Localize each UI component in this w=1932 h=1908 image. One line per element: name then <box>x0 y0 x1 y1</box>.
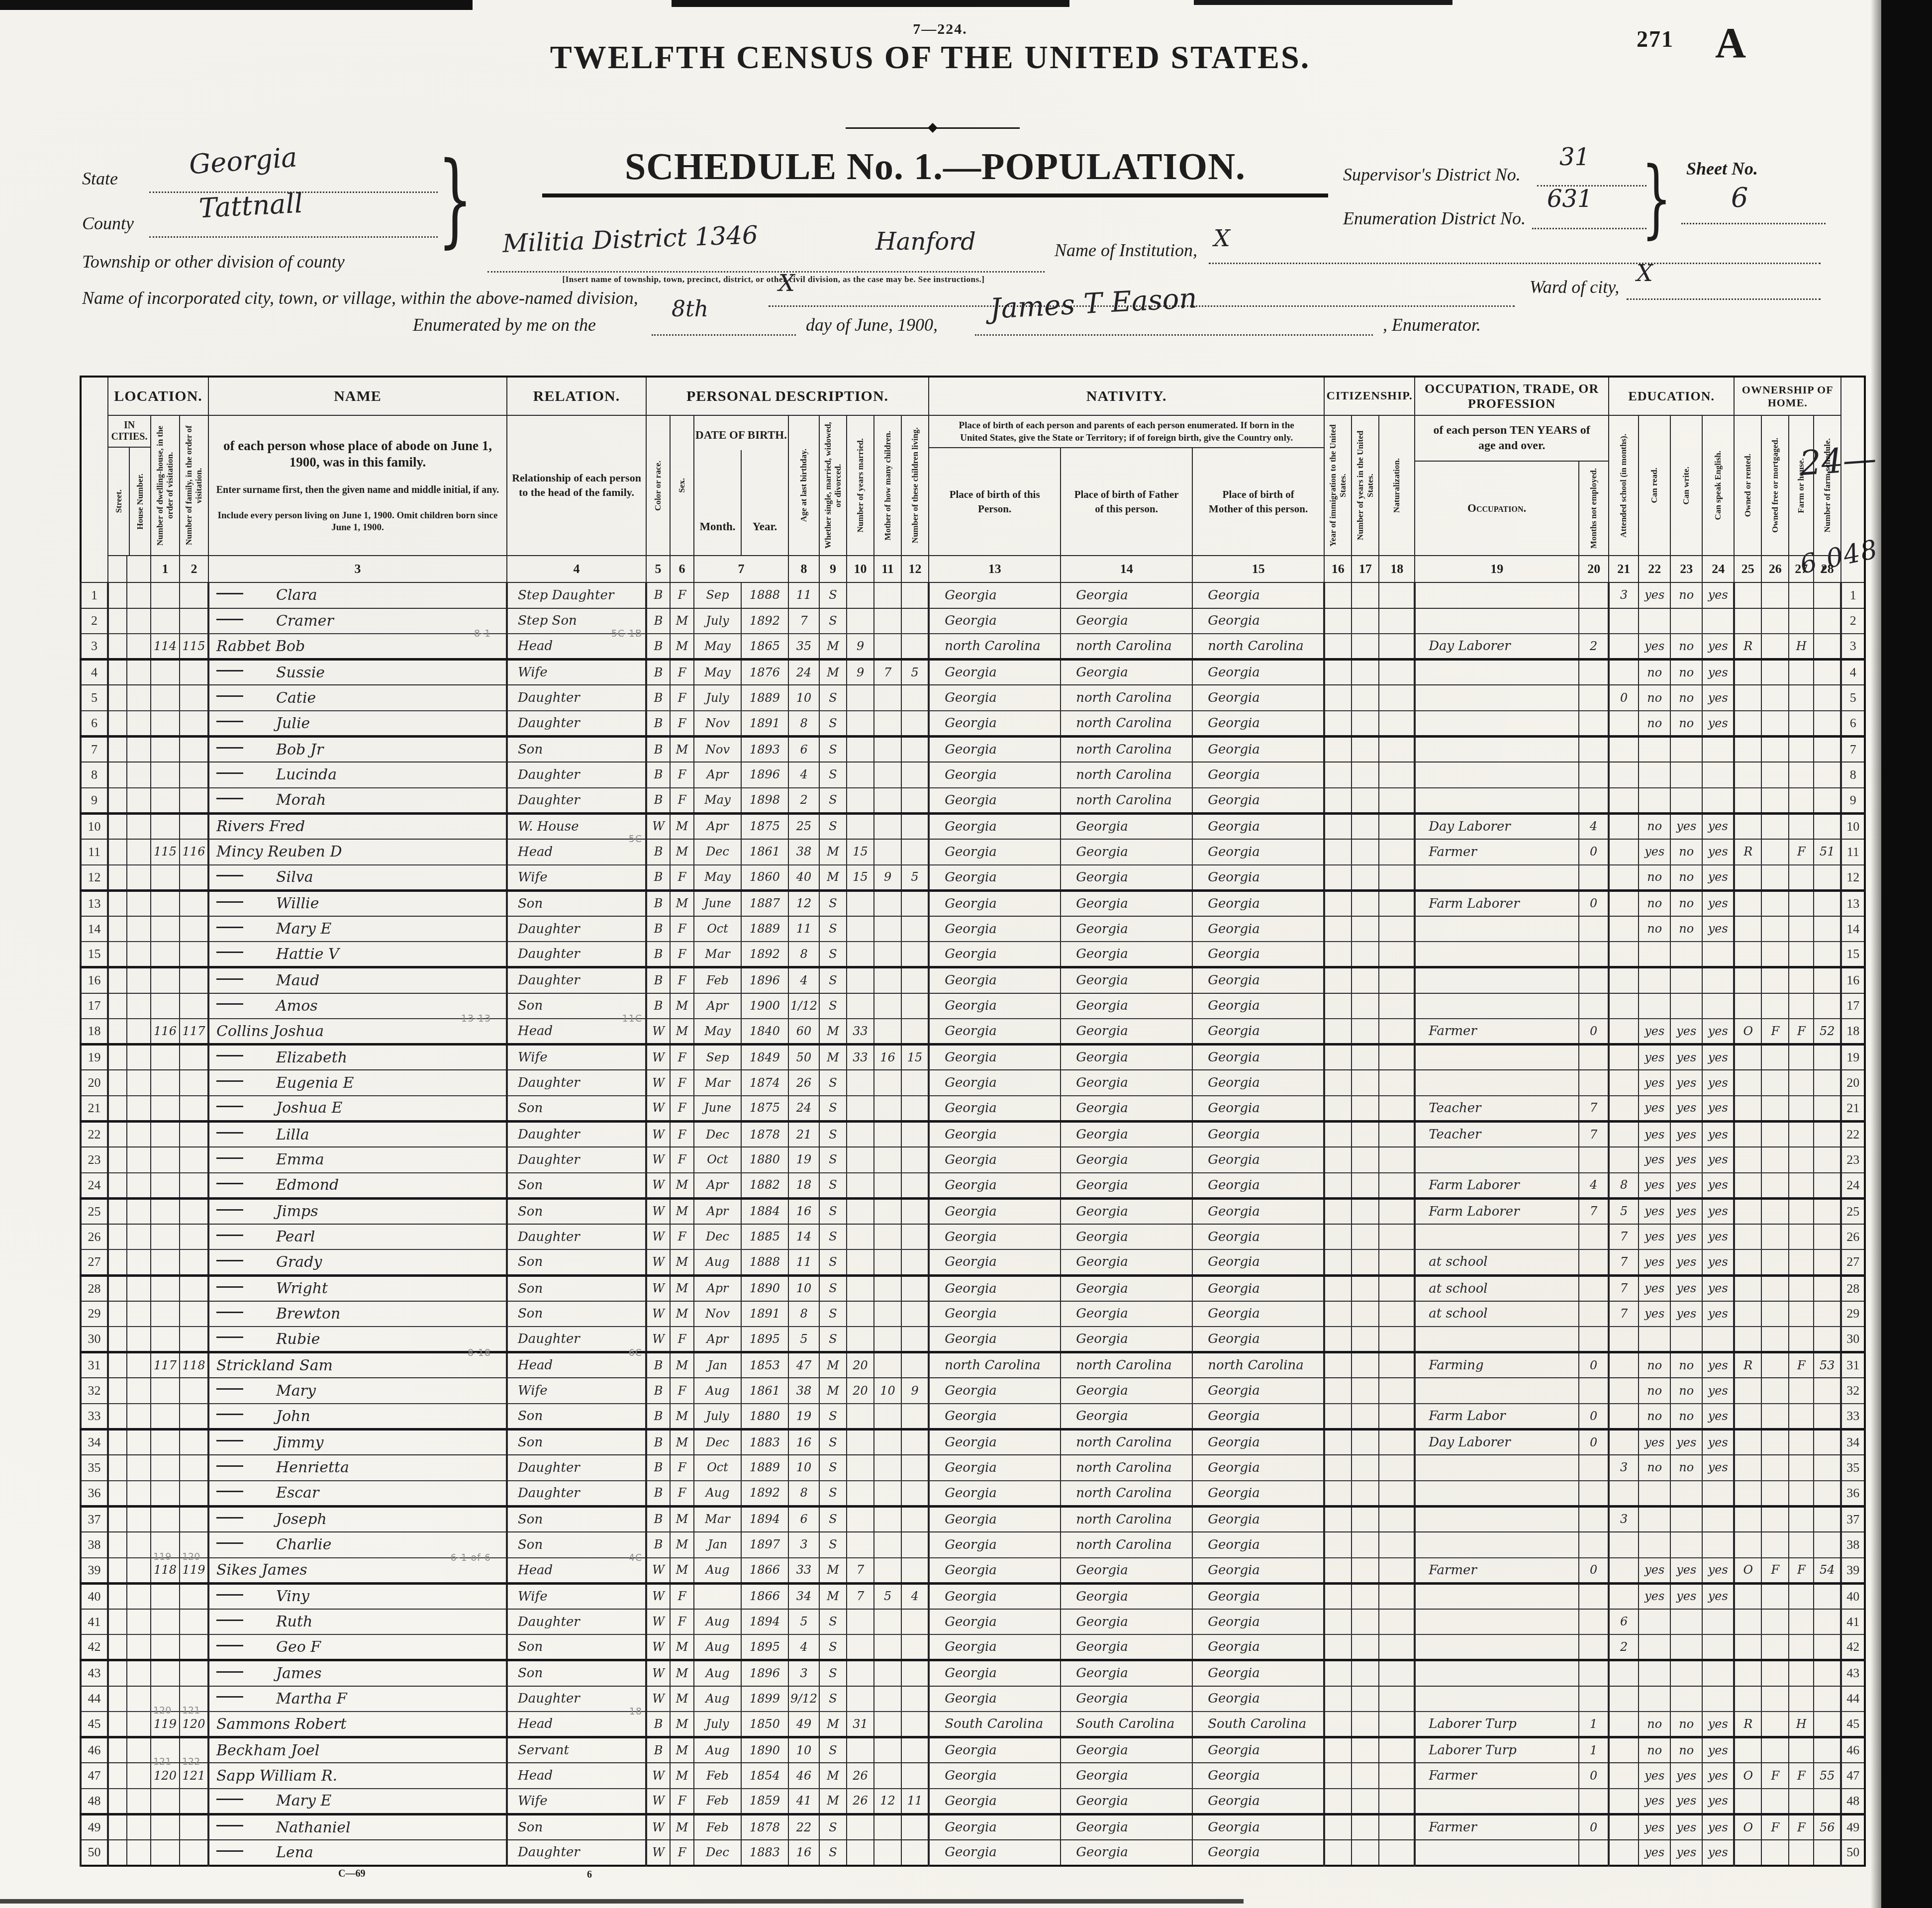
cell-rel: Son <box>507 1096 646 1122</box>
state-label: State <box>82 168 118 189</box>
cell-pb: Georgia <box>929 660 1061 685</box>
cell-fam <box>180 1430 208 1455</box>
cell-sc <box>1609 660 1639 685</box>
cell-ow <box>1734 942 1761 967</box>
sheet-value: 6 <box>1731 182 1748 213</box>
cell-pb: Georgia <box>929 942 1061 967</box>
cell-pm: Georgia <box>1192 1096 1324 1122</box>
pencil-note: 13-13 <box>461 1013 491 1024</box>
cell-ym: 31 <box>847 1712 874 1737</box>
cell-nat <box>1379 737 1415 763</box>
cell-by: 1898 <box>741 788 788 814</box>
cell-un <box>1579 711 1609 737</box>
cell-by: 1861 <box>741 839 788 865</box>
cell-pm: Georgia <box>1192 1686 1324 1712</box>
cell-rd: yes <box>1639 1249 1670 1275</box>
cell-sp: yes <box>1702 813 1734 839</box>
group-citizenship: CITIZENSHIP. <box>1324 377 1415 415</box>
cell-street <box>108 1455 127 1481</box>
cell-house <box>127 993 151 1019</box>
sex-header: Sex. <box>677 478 687 493</box>
cell-by: 1850 <box>741 1712 788 1737</box>
cell-imm <box>1324 711 1352 737</box>
cell-nat <box>1379 1173 1415 1199</box>
cell-fm <box>1761 1352 1789 1378</box>
cell-rd: no <box>1639 660 1670 685</box>
cell-fs <box>1814 1070 1841 1096</box>
cell-ow <box>1734 1686 1761 1712</box>
cell-rel: Son <box>507 1404 646 1430</box>
cell-s: F <box>670 1609 694 1635</box>
cell-un <box>1579 762 1609 788</box>
cell-s: M <box>670 1634 694 1660</box>
cell-bm: Aug <box>694 1686 741 1712</box>
row-number-right: 9 <box>1841 788 1865 814</box>
cell-fs <box>1814 1430 1841 1455</box>
cell-age: 40 <box>788 865 819 891</box>
row-number-right: 48 <box>1841 1789 1865 1814</box>
cell-dw: 116 <box>151 1019 180 1045</box>
row-number-right: 31 <box>1841 1352 1865 1378</box>
relation-description: Relationship of each person to the head … <box>507 415 646 556</box>
cell-rel: Head11C <box>507 1019 646 1045</box>
cell-fam: 117 <box>180 1019 208 1045</box>
cell-un: 0 <box>1579 1352 1609 1378</box>
cell-fam <box>180 1121 208 1147</box>
cell-fam <box>180 1147 208 1173</box>
table-row: 25JimpsSonWMApr188416SGeorgiaGeorgiaGeor… <box>81 1198 1865 1224</box>
cell-pm: Georgia <box>1192 1070 1324 1096</box>
marital-header: Whether single, married, widowed, or div… <box>823 421 843 550</box>
cell-house <box>127 1712 151 1737</box>
cell-yrs <box>1352 1789 1379 1814</box>
cell-age: 11 <box>788 582 819 608</box>
cell-name: Jimps <box>208 1198 507 1224</box>
cell-fs <box>1814 1121 1841 1147</box>
cell-fam <box>180 582 208 608</box>
cell-un <box>1579 865 1609 891</box>
cell-c: W <box>646 1763 670 1789</box>
cell-imm <box>1324 839 1352 865</box>
cell-pb: Georgia <box>929 685 1061 711</box>
cell-mo: 16 <box>874 1045 901 1070</box>
cell-pm: Georgia <box>1192 1481 1324 1507</box>
cell-s: M <box>670 813 694 839</box>
cell-pm: Georgia <box>1192 1404 1324 1430</box>
cell-pm: Georgia <box>1192 660 1324 685</box>
cell-oc <box>1415 942 1579 967</box>
cell-pm: Georgia <box>1192 1173 1324 1199</box>
cell-oc: Day Laborer <box>1415 813 1579 839</box>
table-row: 37JosephSonBMMar18946SGeorgianorth Carol… <box>81 1506 1865 1532</box>
cell-ym <box>847 1070 874 1096</box>
cell-dw <box>151 890 180 916</box>
pencil-note: 8-18 <box>468 1347 491 1358</box>
table-row: 42Geo FSonWMAug18954SGeorgiaGeorgiaGeorg… <box>81 1634 1865 1660</box>
cell-fh <box>1789 1378 1814 1404</box>
cell-imm <box>1324 890 1352 916</box>
cell-fam <box>180 1481 208 1507</box>
cell-pm: Georgia <box>1192 1840 1324 1866</box>
cell-s: F <box>670 1481 694 1507</box>
cell-sc <box>1609 1737 1639 1763</box>
cell-imm <box>1324 1121 1352 1147</box>
cell-bm: May <box>694 660 741 685</box>
cell-fm <box>1761 1506 1789 1532</box>
row-number-left: 31 <box>81 1352 108 1378</box>
can-speak-header: Can speak English. <box>1713 451 1723 520</box>
cell-wr: yes <box>1670 1763 1702 1789</box>
cell-sp <box>1702 1634 1734 1660</box>
cell-un <box>1579 660 1609 685</box>
cell-mo <box>874 993 901 1019</box>
cell-street <box>108 1814 127 1840</box>
cell-fs <box>1814 762 1841 788</box>
cell-nat <box>1379 1686 1415 1712</box>
table-row: 8LucindaDaughterBFApr18964SGeorgianorth … <box>81 762 1865 788</box>
cell-street <box>108 685 127 711</box>
cell-street <box>108 737 127 763</box>
cell-sc <box>1609 839 1639 865</box>
cell-sc <box>1609 1481 1639 1507</box>
cell-fs <box>1814 1198 1841 1224</box>
cell-house <box>127 1224 151 1250</box>
cell-pf: Georgia <box>1061 1686 1192 1712</box>
cell-oc <box>1415 1147 1579 1173</box>
cell-mo <box>874 1147 901 1173</box>
cell-fm <box>1761 916 1789 942</box>
cell-ow <box>1734 1455 1761 1481</box>
row-number-right: 30 <box>1841 1327 1865 1352</box>
cell-fh <box>1789 1634 1814 1660</box>
cell-by: 1880 <box>741 1147 788 1173</box>
row-number-left: 48 <box>81 1789 108 1814</box>
row-number-right: 19 <box>1841 1045 1865 1070</box>
row-number-left: 37 <box>81 1506 108 1532</box>
cell-c: W <box>646 1609 670 1635</box>
cell-ow <box>1734 1327 1761 1352</box>
cell-fm <box>1761 608 1789 634</box>
cell-mar: S <box>819 1686 847 1712</box>
cell-c: W <box>646 1019 670 1045</box>
cell-pb: Georgia <box>929 1455 1061 1481</box>
cell-name: Joseph <box>208 1506 507 1532</box>
cell-name: Julie <box>208 711 507 737</box>
cell-ow <box>1734 737 1761 763</box>
cell-fam: 115 <box>180 634 208 660</box>
cell-nat <box>1379 1609 1415 1635</box>
row-number-left: 45 <box>81 1712 108 1737</box>
cell-s: M <box>670 1532 694 1558</box>
cell-sp: yes <box>1702 839 1734 865</box>
cell-pf: north Carolina <box>1061 1506 1192 1532</box>
cell-c: B <box>646 685 670 711</box>
cell-sc: 6 <box>1609 1609 1639 1635</box>
row-number-left: 18 <box>81 1019 108 1045</box>
cell-yrs <box>1352 1814 1379 1840</box>
cell-wr <box>1670 1660 1702 1686</box>
cell-rel: Son <box>507 1532 646 1558</box>
cell-sc <box>1609 1352 1639 1378</box>
column-number: 18 <box>1379 556 1415 582</box>
cell-name: Clara <box>208 582 507 608</box>
row-number-left: 27 <box>81 1249 108 1275</box>
cell-rd: yes <box>1639 1789 1670 1814</box>
color-header: Color or race. <box>653 461 663 511</box>
cell-lv <box>901 1532 929 1558</box>
cell-name: Martha F <box>208 1686 507 1712</box>
row-number-right: 49 <box>1841 1814 1865 1840</box>
cell-age: 25 <box>788 813 819 839</box>
cell-wr: yes <box>1670 1173 1702 1199</box>
cell-sp: yes <box>1702 1558 1734 1584</box>
cell-ym <box>847 1686 874 1712</box>
cell-lv: 11 <box>901 1789 929 1814</box>
cell-ym <box>847 685 874 711</box>
cell-fam <box>180 1378 208 1404</box>
row-number-right: 50 <box>1841 1840 1865 1866</box>
cell-un <box>1579 993 1609 1019</box>
row-number-right: 45 <box>1841 1712 1865 1737</box>
dob-header: DATE OF BIRTH. Month. Year. <box>694 415 788 556</box>
in-cities-label: IN CITIES. <box>108 416 150 448</box>
cell-fm <box>1761 1404 1789 1430</box>
cell-age: 11 <box>788 916 819 942</box>
cell-un <box>1579 942 1609 967</box>
cell-dw: 120121 <box>151 1763 180 1789</box>
cell-c: W <box>646 1198 670 1224</box>
owned-rented-header: Owned or rented. <box>1743 454 1753 517</box>
cell-age: 38 <box>788 1378 819 1404</box>
cell-fam <box>180 1660 208 1686</box>
cell-age: 47 <box>788 1352 819 1378</box>
row-number-right: 44 <box>1841 1686 1865 1712</box>
cell-street <box>108 1583 127 1609</box>
column-number: 1 <box>151 556 180 582</box>
row-number-right: 18 <box>1841 1019 1865 1045</box>
cell-fam <box>180 737 208 763</box>
cell-dw <box>151 916 180 942</box>
cell-un <box>1579 582 1609 608</box>
ditto-dash <box>216 1465 243 1467</box>
cell-un: 4 <box>1579 813 1609 839</box>
cell-c: B <box>646 942 670 967</box>
cell-oc <box>1415 1609 1579 1635</box>
row-number-left: 39 <box>81 1558 108 1584</box>
cell-s: M <box>670 634 694 660</box>
ditto-dash <box>216 1671 243 1673</box>
cell-s: F <box>670 967 694 993</box>
cell-rd: no <box>1639 813 1670 839</box>
cell-lv <box>901 1019 929 1045</box>
cell-rel: Daughter <box>507 1070 646 1096</box>
group-relation: RELATION. <box>507 377 646 415</box>
cell-pb: Georgia <box>929 1019 1061 1045</box>
cell-fh <box>1789 1147 1814 1173</box>
row-number-right: 29 <box>1841 1301 1865 1327</box>
name-description: of each person whose place of abode on J… <box>208 415 507 556</box>
cell-s: M <box>670 1249 694 1275</box>
enumeration-label: Enumeration District No. <box>1343 208 1526 229</box>
cell-pm: Georgia <box>1192 737 1324 763</box>
cell-dw <box>151 1455 180 1481</box>
cell-house <box>127 1198 151 1224</box>
cell-fh <box>1789 1481 1814 1507</box>
cell-oc: at school <box>1415 1275 1579 1301</box>
cell-rel: Daughter <box>507 1147 646 1173</box>
cell-dw <box>151 1660 180 1686</box>
cell-fm <box>1761 685 1789 711</box>
cell-un: 0 <box>1579 1404 1609 1430</box>
cell-mar: S <box>819 685 847 711</box>
cell-fm: F <box>1761 1814 1789 1840</box>
cell-name: Willie <box>208 890 507 916</box>
cell-ow <box>1734 1840 1761 1866</box>
cell-mar: S <box>819 916 847 942</box>
cell-house <box>127 582 151 608</box>
cell-lv: 5 <box>901 865 929 891</box>
ditto-dash <box>216 1183 243 1184</box>
cell-street <box>108 1660 127 1686</box>
cell-pm: Georgia <box>1192 813 1324 839</box>
cell-ow <box>1734 967 1761 993</box>
cell-mo <box>874 1070 901 1096</box>
cell-rel: Daughter <box>507 916 646 942</box>
cell-name: Mincy Reuben D <box>208 839 507 865</box>
cell-by: 1854 <box>741 1763 788 1789</box>
cell-by: 1890 <box>741 1275 788 1301</box>
cell-name: Rivers Fred <box>208 813 507 839</box>
pencil-note: 11C <box>622 1013 642 1024</box>
cell-bm: Apr <box>694 993 741 1019</box>
county-value: Tattnall <box>198 188 303 224</box>
cell-mar: S <box>819 711 847 737</box>
cell-c: B <box>646 1430 670 1455</box>
cell-mar: S <box>819 1249 847 1275</box>
cell-by: 1880 <box>741 1404 788 1430</box>
cell-sp <box>1702 993 1734 1019</box>
cell-ym <box>847 1198 874 1224</box>
cell-rd <box>1639 1609 1670 1635</box>
row-number-right: 2 <box>1841 608 1865 634</box>
cell-fam <box>180 1814 208 1840</box>
cell-street <box>108 1506 127 1532</box>
cell-house <box>127 1814 151 1840</box>
row-number-right: 35 <box>1841 1455 1865 1481</box>
cell-c: W <box>646 1070 670 1096</box>
table-row: 26PearlDaughterWFDec188514SGeorgiaGeorgi… <box>81 1224 1865 1250</box>
cell-street <box>108 1327 127 1352</box>
cell-age: 8 <box>788 942 819 967</box>
cell-fam <box>180 916 208 942</box>
cell-fs <box>1814 865 1841 891</box>
row-number-right: 34 <box>1841 1430 1865 1455</box>
cell-c: W <box>646 1840 670 1866</box>
cell-pf: north Carolina <box>1061 1430 1192 1455</box>
cell-pm: Georgia <box>1192 1455 1324 1481</box>
row-number-left: 26 <box>81 1224 108 1250</box>
cell-age: 24 <box>788 1096 819 1122</box>
cell-by: 1853 <box>741 1352 788 1378</box>
ditto-dash <box>216 798 243 799</box>
cell-rel: Daughter <box>507 1327 646 1352</box>
cell-fh: F <box>1789 1814 1814 1840</box>
cell-house <box>127 1737 151 1763</box>
table-row: 29BrewtonSonWMNov18918SGeorgiaGeorgiaGeo… <box>81 1301 1865 1327</box>
cell-imm <box>1324 1019 1352 1045</box>
cell-dw <box>151 1275 180 1301</box>
cell-rel: Wife <box>507 1045 646 1070</box>
cell-c: W <box>646 1275 670 1301</box>
cell-house <box>127 813 151 839</box>
cell-ow <box>1734 1404 1761 1430</box>
cell-by: 1875 <box>741 1096 788 1122</box>
cell-dw <box>151 608 180 634</box>
cell-ow <box>1734 762 1761 788</box>
ditto-dash <box>216 901 243 903</box>
table-row: 47120121121122Sapp William R.HeadWMFeb18… <box>81 1763 1865 1789</box>
cell-un <box>1579 1686 1609 1712</box>
cell-fm <box>1761 1070 1789 1096</box>
cell-fam <box>180 1198 208 1224</box>
cell-mar: S <box>819 1481 847 1507</box>
cell-imm <box>1324 1481 1352 1507</box>
cell-ym <box>847 1660 874 1686</box>
row-number-right: 6 <box>1841 711 1865 737</box>
left-brace: } <box>438 140 473 258</box>
cell-pm: north Carolina <box>1192 634 1324 660</box>
cell-fs <box>1814 942 1841 967</box>
census-table-wrapper: LOCATION. NAME RELATION. PERSONAL DESCRI… <box>80 376 1866 1867</box>
ditto-dash <box>216 1491 243 1492</box>
cell-name: Elizabeth <box>208 1045 507 1070</box>
cell-rel: Daughter <box>507 685 646 711</box>
cell-pm: Georgia <box>1192 942 1324 967</box>
cell-sp: yes <box>1702 711 1734 737</box>
cell-rd <box>1639 942 1670 967</box>
pencil-note: 6-1 of 6 <box>451 1552 491 1563</box>
row-number-left: 17 <box>81 993 108 1019</box>
cell-oc <box>1415 608 1579 634</box>
ditto-dash <box>216 721 243 722</box>
cell-name: Ruth <box>208 1609 507 1635</box>
cell-pb: Georgia <box>929 762 1061 788</box>
cell-imm <box>1324 1840 1352 1866</box>
cell-dw <box>151 1506 180 1532</box>
cell-imm <box>1324 660 1352 685</box>
cell-fam <box>180 762 208 788</box>
pencil-note: 5C <box>629 834 642 845</box>
cell-ym <box>847 813 874 839</box>
cell-un <box>1579 1147 1609 1173</box>
cell-by: 1861 <box>741 1378 788 1404</box>
cell-pm: Georgia <box>1192 1045 1324 1070</box>
cell-yrs <box>1352 1378 1379 1404</box>
cell-rel: Daughter <box>507 711 646 737</box>
cell-mar: M <box>819 634 847 660</box>
cell-mar: S <box>819 1840 847 1866</box>
cell-fm <box>1761 890 1789 916</box>
cell-c: W <box>646 1096 670 1122</box>
cell-lv <box>901 1763 929 1789</box>
cell-wr: no <box>1670 634 1702 660</box>
cell-s: F <box>670 1378 694 1404</box>
row-number-left: 38 <box>81 1532 108 1558</box>
ditto-dash <box>216 1209 243 1211</box>
cell-ow <box>1734 1224 1761 1250</box>
scan-artifact <box>0 1899 1244 1904</box>
cell-ym <box>847 1327 874 1352</box>
